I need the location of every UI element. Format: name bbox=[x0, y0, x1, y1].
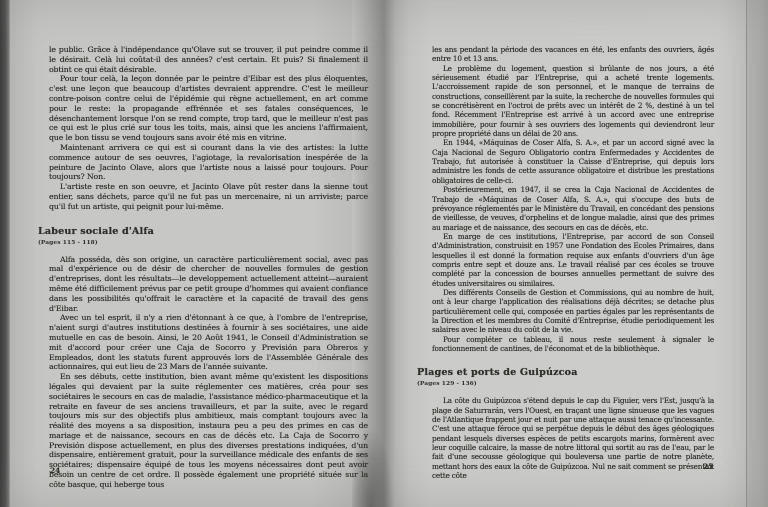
book-spread-scan: le public. Grâce à l'indépendance qu'Ola… bbox=[0, 0, 768, 507]
left-page-text-column: le public. Grâce à l'indépendance qu'Ola… bbox=[38, 45, 368, 490]
section-pages-ref: (Pages 129 - 136) bbox=[417, 380, 714, 387]
section-pages-ref: (Pages 115 - 118) bbox=[38, 239, 368, 246]
paragraph: En marge de ces institutions, l'Entrepri… bbox=[432, 232, 714, 288]
paragraph: Le problème du logement, question si brû… bbox=[432, 64, 714, 139]
paragraph: le public. Grâce à l'indépendance qu'Ola… bbox=[49, 45, 368, 74]
paragraph: Maintenant arrivera ce qui est si couran… bbox=[49, 143, 368, 182]
paragraph: Pour tour celà, la leçon donnée par le p… bbox=[49, 74, 368, 143]
paragraph: Des différents Conseils de Gestion et Co… bbox=[432, 288, 714, 335]
paragraph: Postérieurement, en 1947, il se crea la … bbox=[432, 185, 714, 232]
paragraph: Avec un tel esprit, il n'y a rien d'éton… bbox=[49, 313, 368, 372]
paragraph: Pour compléter ce tableau, il nous reste… bbox=[432, 335, 714, 354]
paragraph: En 1944, «Máquinas de Coser Alfa, S. A.»… bbox=[432, 138, 714, 185]
paragraph: Alfa posséda, dès son origine, un caract… bbox=[49, 255, 368, 314]
right-page-text-column: les ans pendant la période des vacances … bbox=[417, 45, 714, 480]
page-number-right: 25 bbox=[703, 462, 713, 471]
paragraph: les ans pendant la période des vacances … bbox=[432, 45, 714, 64]
page-number-left: 24 bbox=[50, 466, 60, 475]
book-right-edge bbox=[746, 0, 768, 507]
section-title: Labeur sociale d'Alfa bbox=[38, 226, 368, 237]
paragraph: En ses débuts, cette institution, bien a… bbox=[49, 372, 368, 490]
book-left-edge bbox=[0, 0, 10, 507]
paragraph: La côte du Guipúzcoa s'étend depuis le c… bbox=[432, 396, 714, 480]
paragraph: L'artiste reste en son oeuvre, et Jacint… bbox=[49, 182, 368, 211]
section-title: Plages et ports de Guipúzcoa bbox=[417, 367, 714, 378]
